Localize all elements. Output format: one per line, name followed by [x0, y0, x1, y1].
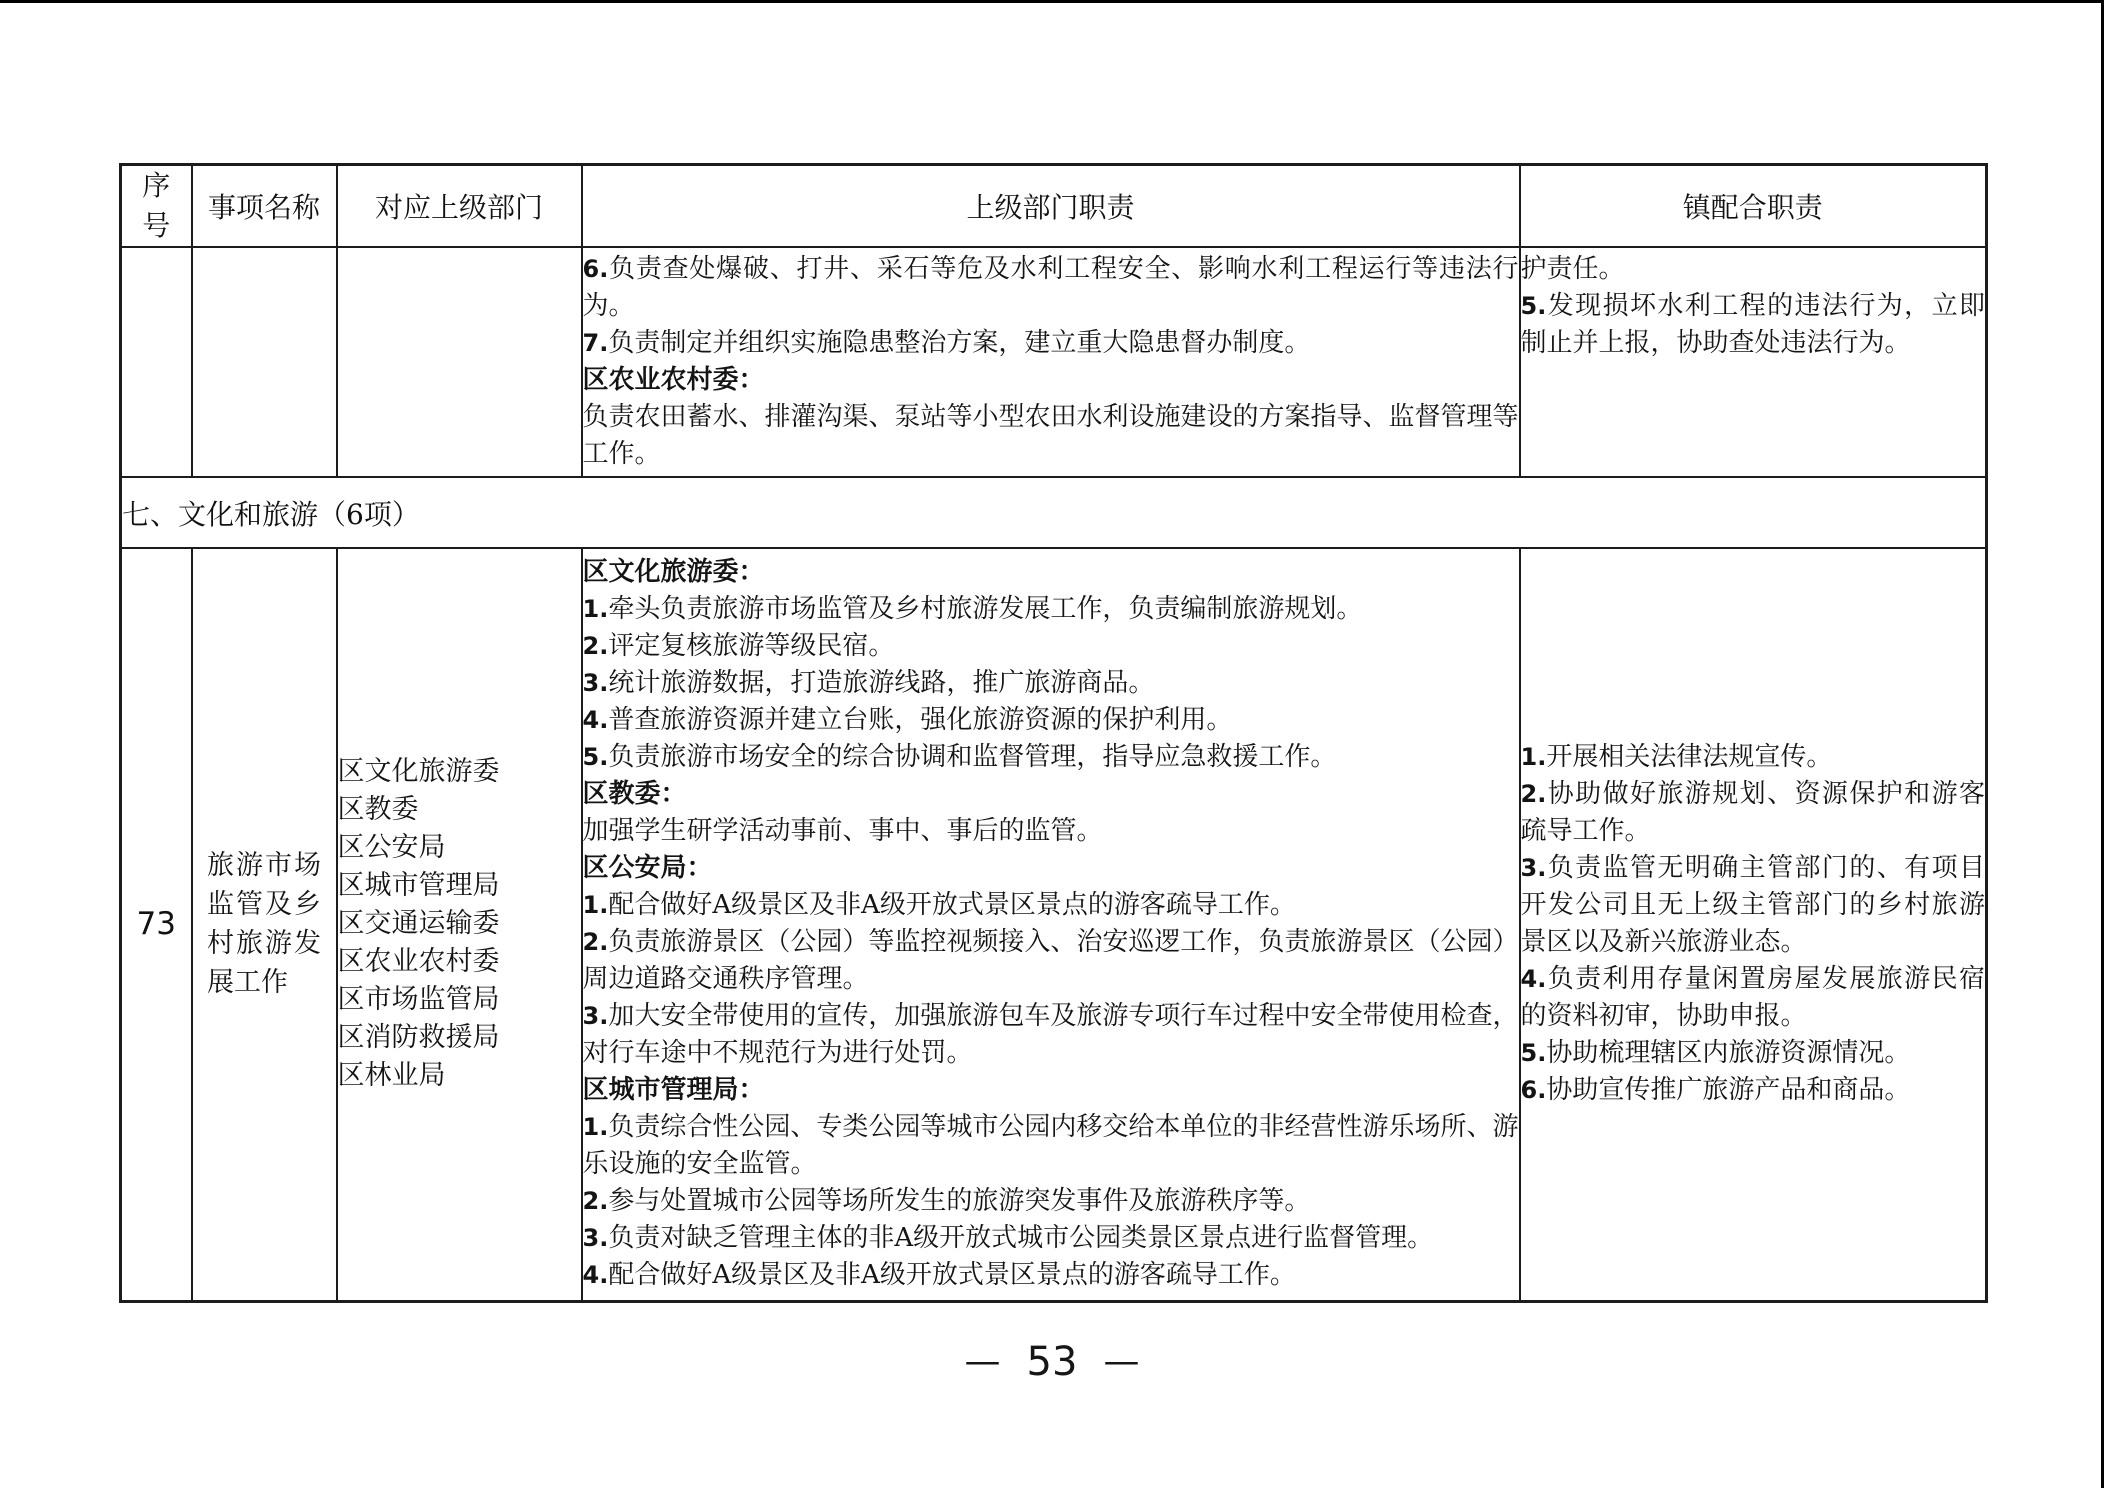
item-number: 4.: [583, 706, 609, 734]
department-name: 区文化旅游委: [338, 753, 581, 791]
duty-text: 开展相关法律法规宣传。: [1546, 742, 1832, 772]
duty-item: 加强学生研学活动事前、事中、事后的监管。: [583, 813, 1519, 850]
duty-item: 3.统计旅游数据，打造旅游线路，推广旅游商品。: [583, 665, 1519, 702]
duty-text: 负责利用存量闲置房屋发展旅游民宿的资料初审，协助申报。: [1521, 964, 1986, 1031]
row-section-culture-tourism: 七、文化和旅游（6项）: [121, 477, 1987, 548]
item-number: 3.: [583, 669, 609, 697]
item-number: 1.: [1521, 743, 1547, 771]
department-name: 区教委: [338, 791, 581, 829]
header-superior-department: 对应上级部门: [337, 165, 582, 248]
duty-item: 7.负责制定并组织实施隐患整治方案，建立重大隐患督办制度。: [583, 325, 1519, 362]
item-number: 5.: [1521, 292, 1547, 320]
item-number: 2.: [583, 928, 609, 956]
item-name-text: 旅游市场监管及乡村旅游发展工作: [207, 846, 321, 1002]
duty-text: 加强学生研学活动事前、事中、事后的监管。: [583, 816, 1103, 846]
cell-serial-empty: [121, 247, 192, 477]
duty-text: 参与处置城市公园等场所发生的旅游突发事件及旅游秩序等。: [608, 1186, 1310, 1216]
duty-item: 5.协助梳理辖区内旅游资源情况。: [1521, 1035, 1986, 1072]
cell-town-duties: 1.开展相关法律法规宣传。2.协助做好旅游规划、资源保护和游客疏导工作。3.负责…: [1520, 548, 1987, 1301]
cell-town-duties-continuation: 护责任。5.发现损坏水利工程的违法行为，立即制止并上报，协助查处违法行为。: [1520, 247, 1987, 477]
item-number: 7.: [583, 329, 609, 357]
duty-item: 1.牵头负责旅游市场监管及乡村旅游发展工作，负责编制旅游规划。: [583, 591, 1519, 628]
duty-text: 护责任。: [1521, 254, 1625, 284]
duty-item: 3.加大安全带使用的宣传，加强旅游包车及旅游专项行车过程中安全带使用检查，对行车…: [583, 998, 1519, 1072]
duty-item: 5.负责旅游市场安全的综合协调和监督管理，指导应急救援工作。: [583, 739, 1519, 776]
department-name: 区市场监管局: [338, 981, 581, 1019]
cell-serial: 73: [121, 548, 192, 1301]
duty-item: 2.协助做好旅游规划、资源保护和游客疏导工作。: [1521, 776, 1986, 850]
duty-text: 负责对缺乏管理主体的非A级开放式城市公园类景区景点进行监督管理。: [608, 1223, 1433, 1253]
duty-item: 2.负责旅游景区（公园）等监控视频接入、治安巡逻工作，负责旅游景区（公园）周边道…: [583, 924, 1519, 998]
duty-text: 协助做好旅游规划、资源保护和游客疏导工作。: [1521, 779, 1986, 846]
responsibility-table: 序号 事项名称 对应上级部门 上级部门职责 镇配合职责 6.负责查处爆破、打井、…: [119, 163, 1988, 1303]
department-name: 区公安局: [338, 829, 581, 867]
department-heading: 区教委：: [583, 776, 1519, 813]
department-heading: 区文化旅游委：: [583, 554, 1519, 591]
item-number: 1.: [583, 891, 609, 919]
item-number: 3.: [583, 1224, 609, 1252]
duty-text: 协助梳理辖区内旅游资源情况。: [1546, 1038, 1910, 1068]
header-item-name: 事项名称: [192, 165, 337, 248]
cell-superior-duties: 区文化旅游委：1.牵头负责旅游市场监管及乡村旅游发展工作，负责编制旅游规划。2.…: [582, 548, 1520, 1301]
duty-text: 负责旅游市场安全的综合协调和监督管理，指导应急救援工作。: [608, 742, 1336, 772]
duty-text: 协助宣传推广旅游产品和商品。: [1546, 1075, 1910, 1105]
cell-superior-duties-continuation: 6.负责查处爆破、打井、采石等危及水利工程安全、影响水利工程运行等违法行为。7.…: [582, 247, 1520, 477]
item-number: 3.: [583, 1002, 609, 1030]
duty-text: 统计旅游数据，打造旅游线路，推广旅游商品。: [608, 668, 1154, 698]
duty-text: 配合做好A级景区及非A级开放式景区景点的游客疏导工作。: [608, 1260, 1296, 1290]
duty-item: 6.协助宣传推广旅游产品和商品。: [1521, 1072, 1986, 1109]
duty-text: 发现损坏水利工程的违法行为，立即制止并上报，协助查处违法行为。: [1521, 291, 1986, 358]
duty-item: 1.配合做好A级景区及非A级开放式景区景点的游客疏导工作。: [583, 887, 1519, 924]
page-footer: — 53 —: [0, 1342, 2104, 1382]
duty-item: 4.负责利用存量闲置房屋发展旅游民宿的资料初审，协助申报。: [1521, 961, 1986, 1035]
item-number: 1.: [583, 595, 609, 623]
duty-text: 负责农田蓄水、排灌沟渠、泵站等小型农田水利设施建设的方案指导、监督管理等工作。: [583, 402, 1519, 469]
item-number: 5.: [583, 743, 609, 771]
duty-text: 评定复核旅游等级民宿。: [608, 631, 894, 661]
department-name: 区交通运输委: [338, 905, 581, 943]
item-number: 2.: [583, 1187, 609, 1215]
duty-item: 护责任。: [1521, 251, 1986, 288]
duty-text: 牵头负责旅游市场监管及乡村旅游发展工作，负责编制旅游规划。: [608, 594, 1362, 624]
section-title: 七、文化和旅游（6项）: [121, 477, 1987, 548]
duty-text: 普查旅游资源并建立台账，强化旅游资源的保护利用。: [608, 705, 1232, 735]
duty-item: 1.负责综合性公园、专类公园等城市公园内移交给本单位的非经营性游乐场所、游乐设施…: [583, 1109, 1519, 1183]
department-heading: 区公安局：: [583, 850, 1519, 887]
item-number: 1.: [583, 1113, 609, 1141]
cell-departments: 区文化旅游委区教委区公安局区城市管理局区交通运输委区农业农村委区市场监管局区消防…: [337, 548, 582, 1301]
page-top-edge-line: [0, 0, 2104, 3]
footer-right-dash: —: [1103, 1344, 1139, 1380]
footer-left-dash: —: [965, 1344, 1001, 1380]
header-town-duties: 镇配合职责: [1520, 165, 1987, 248]
duty-text: 负责综合性公园、专类公园等城市公园内移交给本单位的非经营性游乐场所、游乐设施的安…: [583, 1112, 1519, 1179]
item-number: 3.: [1521, 854, 1547, 882]
duty-item: 4.普查旅游资源并建立台账，强化旅游资源的保护利用。: [583, 702, 1519, 739]
duty-item: 2.评定复核旅游等级民宿。: [583, 628, 1519, 665]
department-name: 区农业农村委: [338, 943, 581, 981]
row-continuation: 6.负责查处爆破、打井、采石等危及水利工程安全、影响水利工程运行等违法行为。7.…: [121, 247, 1987, 477]
duty-text: 负责制定并组织实施隐患整治方案，建立重大隐患督办制度。: [608, 328, 1310, 358]
page-number: 53: [1027, 1342, 1078, 1382]
item-number: 6.: [1521, 1076, 1547, 1104]
duty-item: 负责农田蓄水、排灌沟渠、泵站等小型农田水利设施建设的方案指导、监督管理等工作。: [583, 399, 1519, 473]
item-number: 4.: [583, 1261, 609, 1289]
duty-item: 1.开展相关法律法规宣传。: [1521, 739, 1986, 776]
duty-item: 3.负责对缺乏管理主体的非A级开放式城市公园类景区景点进行监督管理。: [583, 1220, 1519, 1257]
duty-text: 负责旅游景区（公园）等监控视频接入、治安巡逻工作，负责旅游景区（公园）周边道路交…: [583, 927, 1519, 994]
department-name: 区消防救援局: [338, 1019, 581, 1057]
duty-item: 6.负责查处爆破、打井、采石等危及水利工程安全、影响水利工程运行等违法行为。: [583, 251, 1519, 325]
document-page: 序号 事项名称 对应上级部门 上级部门职责 镇配合职责 6.负责查处爆破、打井、…: [0, 0, 2104, 1488]
duty-item: 4.配合做好A级景区及非A级开放式景区景点的游客疏导工作。: [583, 1257, 1519, 1294]
department-name: 区城市管理局: [338, 867, 581, 905]
duty-item: 2.参与处置城市公园等场所发生的旅游突发事件及旅游秩序等。: [583, 1183, 1519, 1220]
duty-text: 负责监管无明确主管部门的、有项目开发公司且无上级主管部门的乡村旅游景区以及新兴旅…: [1521, 853, 1986, 957]
item-number: 6.: [583, 255, 609, 283]
header-serial: 序号: [121, 165, 192, 248]
cell-item-name: 旅游市场监管及乡村旅游发展工作: [192, 548, 337, 1301]
item-number: 2.: [1521, 780, 1547, 808]
item-number: 4.: [1521, 965, 1547, 993]
duty-text: 负责查处爆破、打井、采石等危及水利工程安全、影响水利工程运行等违法行为。: [583, 254, 1519, 321]
item-number: 5.: [1521, 1039, 1547, 1067]
cell-departments-empty: [337, 247, 582, 477]
department-heading: 区城市管理局：: [583, 1072, 1519, 1109]
header-superior-duties: 上级部门职责: [582, 165, 1520, 248]
header-serial-label: 序号: [140, 166, 172, 246]
duty-text: 配合做好A级景区及非A级开放式景区景点的游客疏导工作。: [608, 890, 1296, 920]
cell-item-name-empty: [192, 247, 337, 477]
duty-text: 加大安全带使用的宣传，加强旅游包车及旅游专项行车过程中安全带使用检查，对行车途中…: [583, 1001, 1519, 1068]
department-heading: 区农业农村委：: [583, 362, 1519, 399]
item-number: 2.: [583, 632, 609, 660]
duty-item: 5.发现损坏水利工程的违法行为，立即制止并上报，协助查处违法行为。: [1521, 288, 1986, 362]
department-name: 区林业局: [338, 1057, 581, 1095]
duty-item: 3.负责监管无明确主管部门的、有项目开发公司且无上级主管部门的乡村旅游景区以及新…: [1521, 850, 1986, 961]
row-item-73: 73 旅游市场监管及乡村旅游发展工作 区文化旅游委区教委区公安局区城市管理局区交…: [121, 548, 1987, 1301]
table-header-row: 序号 事项名称 对应上级部门 上级部门职责 镇配合职责: [121, 165, 1987, 248]
